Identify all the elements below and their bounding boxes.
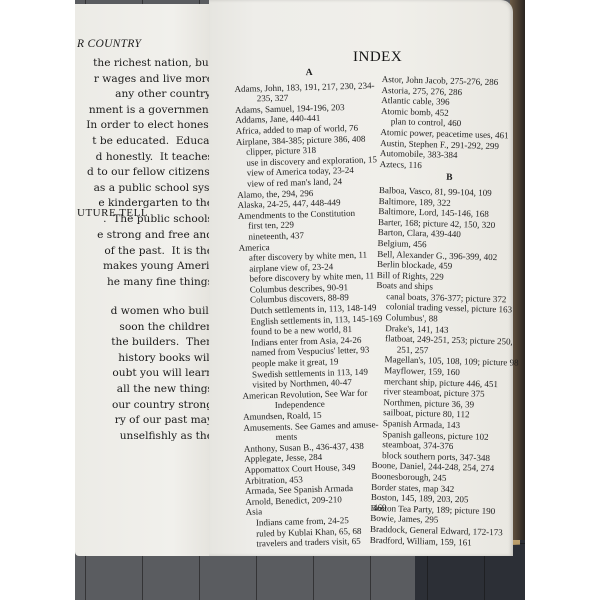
paragraph-1: the richest nation, but r wages and live… — [77, 56, 213, 228]
index-letter-b: B — [379, 171, 519, 185]
index-entries-b: Balboa, Vasco, 81, 99-104, 109Baltimore,… — [370, 185, 519, 549]
paragraph-3: d women who built soon the children the … — [77, 304, 213, 444]
index-entry: Aztecs, 116 — [380, 159, 520, 173]
left-page: R COUNTRY the richest nation, but r wage… — [75, 4, 215, 556]
section-subheading: UTURE TELL — [77, 207, 148, 219]
background-left — [0, 0, 75, 600]
index-column-b: Astor, John Jacob, 275-276, 286Astoria, … — [370, 74, 522, 549]
background-right — [525, 0, 600, 600]
index-letter-a: A — [234, 66, 384, 81]
page-number: 469 — [373, 503, 387, 513]
paragraph-2: e strong and free and of the past. It is… — [77, 228, 213, 290]
index-entries-a-continued: Astor, John Jacob, 275-276, 286Astoria, … — [380, 74, 522, 173]
running-head: R COUNTRY — [77, 38, 141, 50]
